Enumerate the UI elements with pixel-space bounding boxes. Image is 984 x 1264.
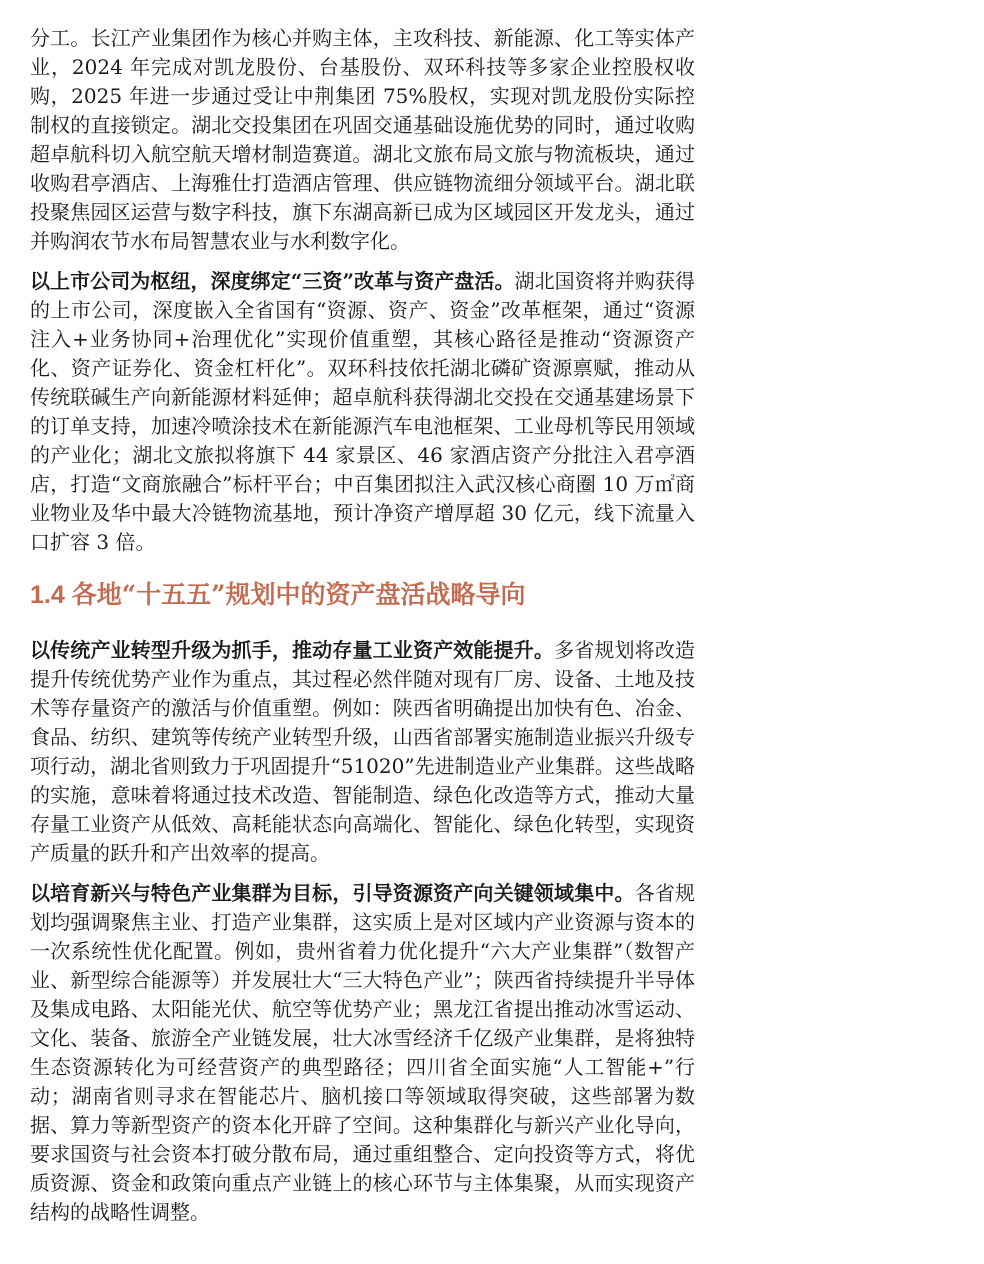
paragraph-emerging-clusters: 以培育新兴与特色产业集群为目标，引导资源资产向关键领域集中。各省规划均强调聚焦主… — [30, 879, 695, 1227]
section-heading-1-4: 1.4各地“十五五”规划中的资产盘活战略导向 — [30, 580, 695, 610]
section-heading-number: 1.4 — [30, 581, 65, 609]
section-heading-title: 各地“十五五”规划中的资产盘活战略导向 — [72, 580, 526, 609]
document-page: 分工。长江产业集团作为核心并购主体，主攻科技、新能源、化工等实体产业，2024 … — [0, 0, 984, 1264]
paragraph-text: 分工。长江产业集团作为核心并购主体，主攻科技、新能源、化工等实体产业，2024 … — [30, 26, 695, 253]
paragraph-continuation: 分工。长江产业集团作为核心并购主体，主攻科技、新能源、化工等实体产业，2024 … — [30, 24, 695, 256]
paragraph-text: 各省规划均强调聚焦主业、打造产业集群，这实质上是对区域内产业资源与资本的一次系统… — [30, 881, 695, 1224]
paragraph-text: 多省规划将改造提升传统优势产业作为重点，其过程必然伴随对现有厂房、设备、土地及技… — [30, 638, 695, 865]
paragraph-bold-lead: 以上市公司为枢纽，深度绑定“三资”改革与资产盘活。 — [30, 269, 515, 293]
paragraph-text: 湖北国资将并购获得的上市公司，深度嵌入全省国有“资源、资产、资金”改革框架，通过… — [30, 269, 695, 554]
paragraph-listed-companies: 以上市公司为枢纽，深度绑定“三资”改革与资产盘活。湖北国资将并购获得的上市公司，… — [30, 267, 695, 557]
paragraph-traditional-industry: 以传统产业转型升级为抓手，推动存量工业资产效能提升。多省规划将改造提升传统优势产… — [30, 636, 695, 868]
paragraph-bold-lead: 以传统产业转型升级为抓手，推动存量工业资产效能提升。 — [30, 638, 554, 662]
paragraph-bold-lead: 以培育新兴与特色产业集群为目标，引导资源资产向关键领域集中。 — [30, 881, 635, 905]
